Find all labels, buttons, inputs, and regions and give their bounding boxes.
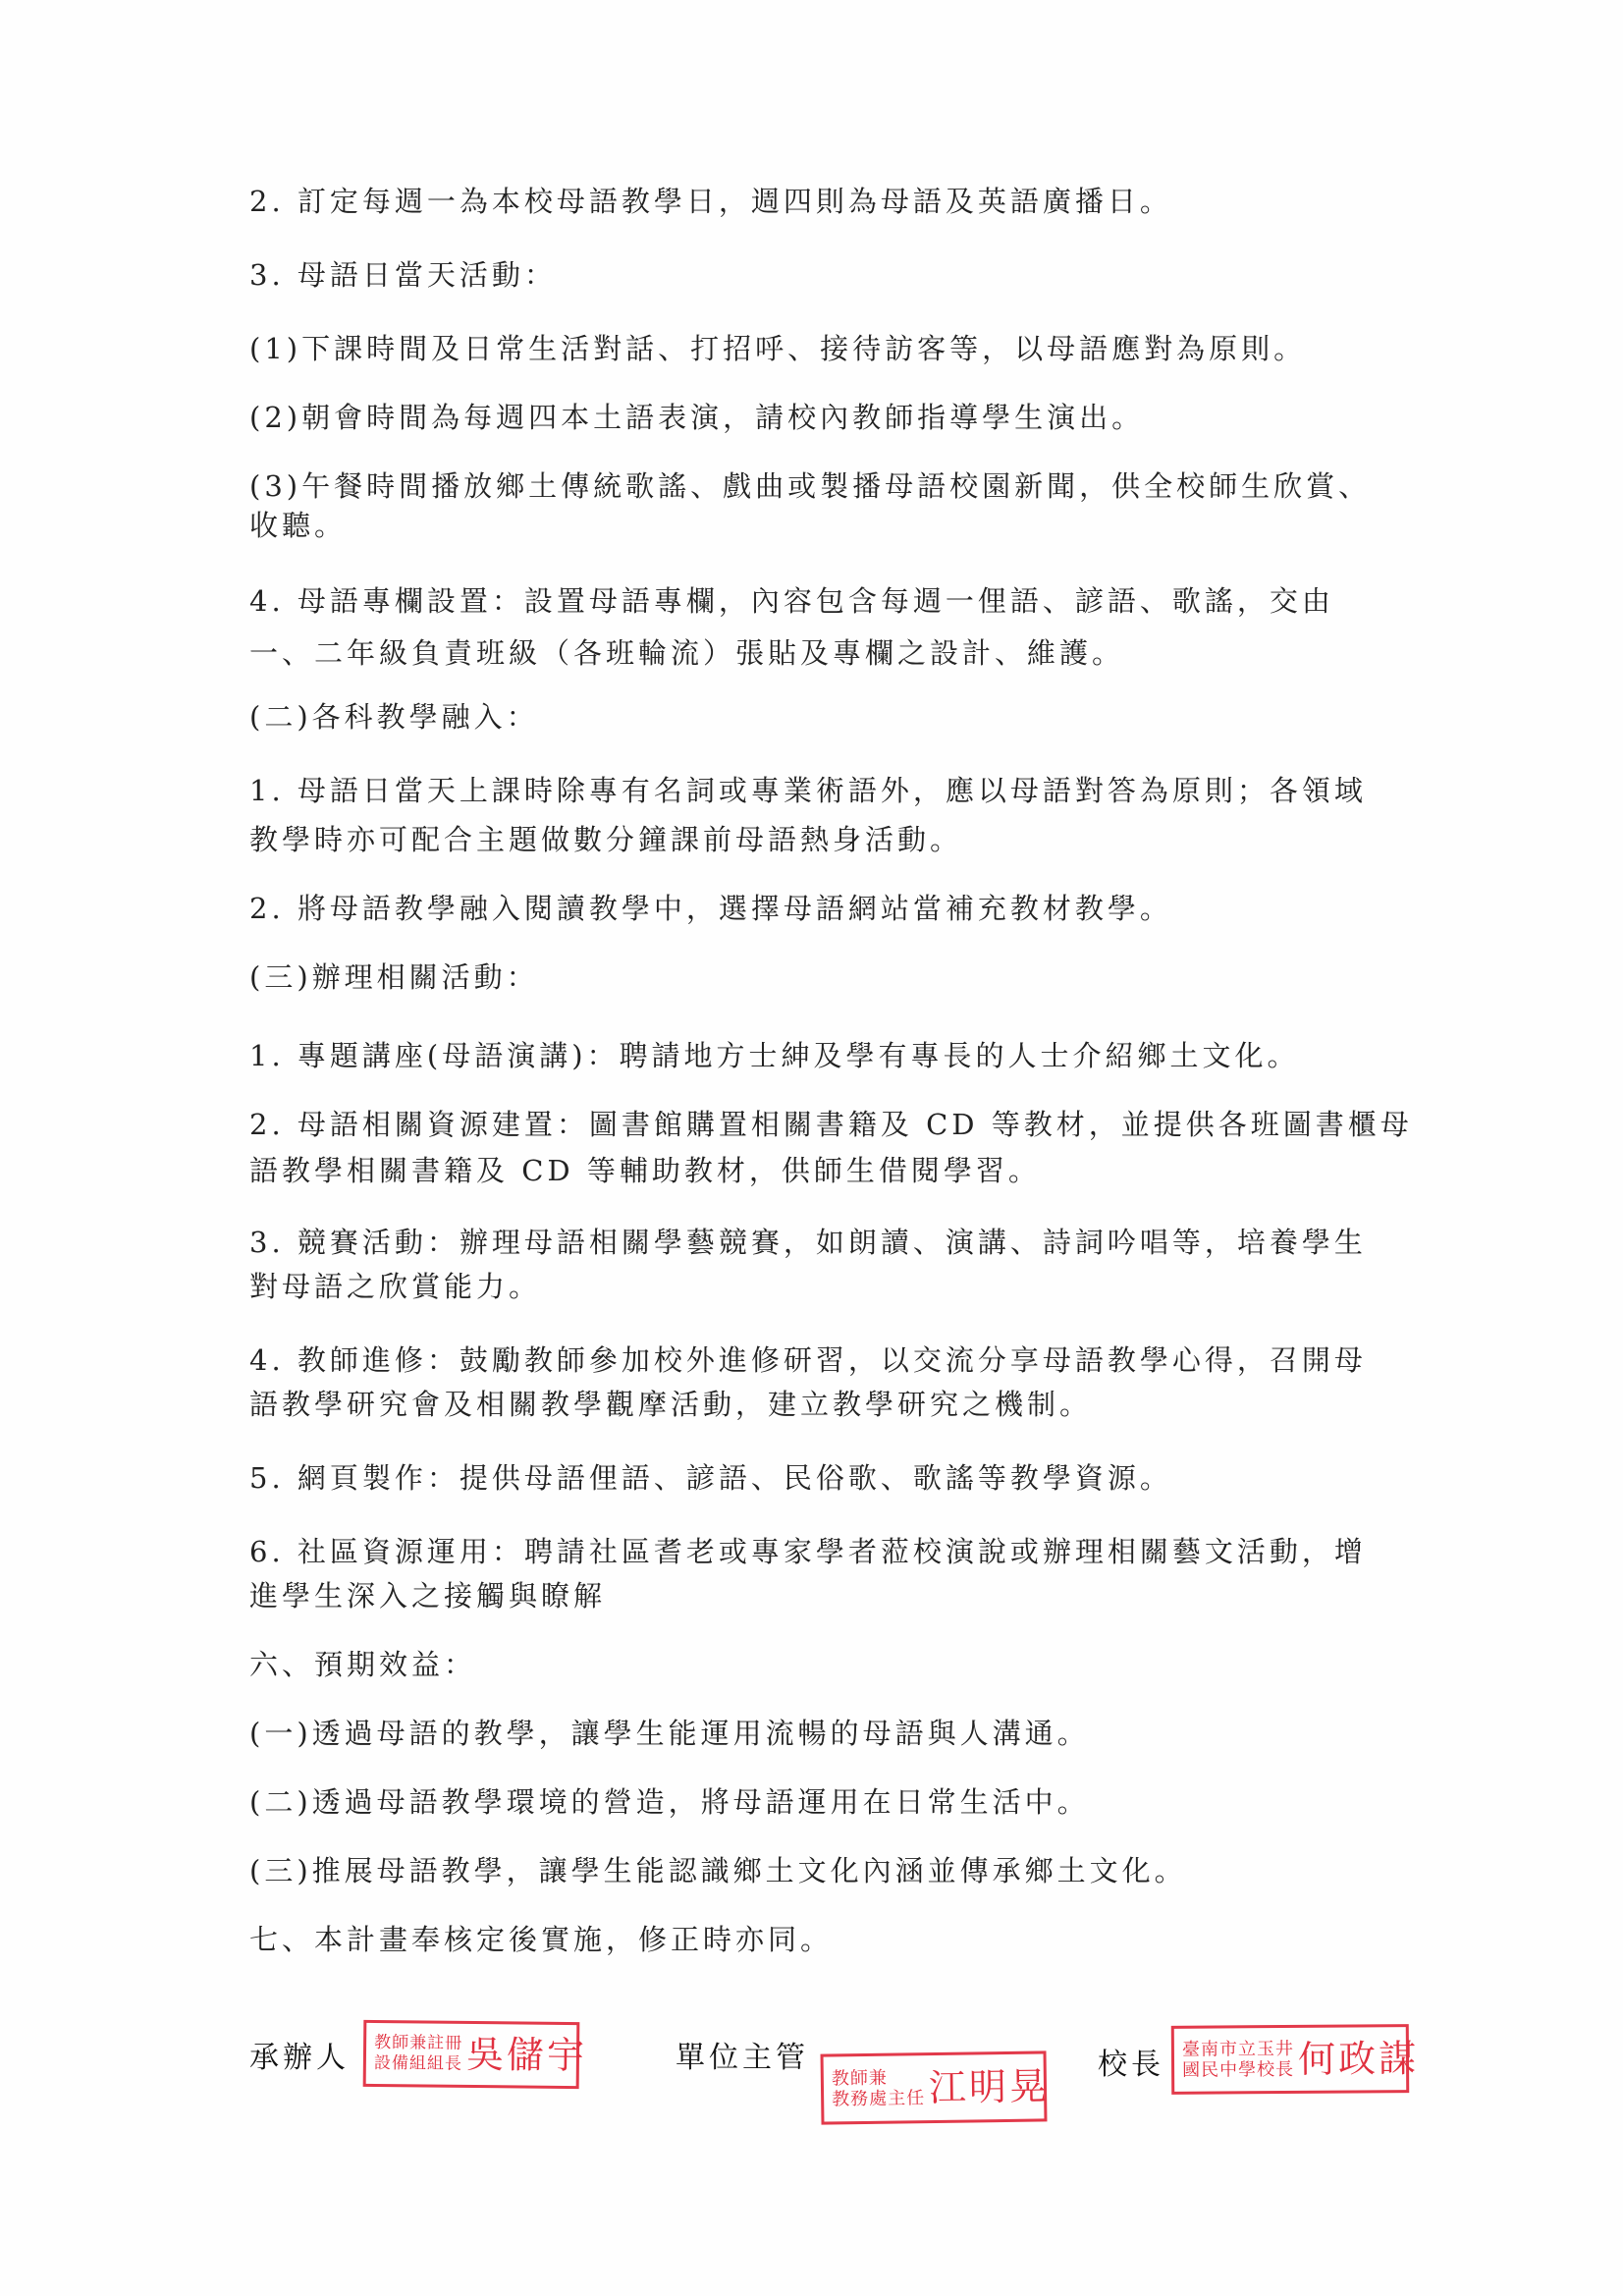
handler-stamp-title: 教師兼註冊 設備組組長 [374,2033,462,2075]
doc-line: 收聽。 [249,508,347,543]
doc-line: (二)透過母語教學環境的營造，將母語運用在日常生活中。 [249,1784,1090,1820]
supervisor-stamp-name: 江明晃 [929,2064,1051,2109]
section-heading: 六、預期效益： [249,1647,476,1682]
principal-stamp-line2: 國民中學校長 [1182,2059,1294,2081]
handler-label: 承辦人 [249,2041,350,2076]
doc-line: 2. 訂定每週一為本校母語教學日，週四則為母語及英語廣播日。 [249,184,1172,219]
doc-line: 6. 社區資源運用：聘請社區耆老或專家學者蒞校演說或辦理相關藝文活動，增 [249,1534,1367,1569]
doc-line: 對母語之欣賞能力。 [249,1269,541,1304]
doc-line: (三)推展母語教學，讓學生能認識鄉土文化內涵並傳承鄉土文化。 [249,1853,1187,1888]
doc-line: 5. 網頁製作：提供母語俚語、諺語、民俗歌、歌謠等教學資源。 [249,1460,1172,1496]
supervisor-stamp-line2: 教務處主任 [832,2088,925,2109]
principal-stamp: 臺南市立玉井 國民中學校長 何政謀 [1171,2024,1409,2095]
supervisor-stamp-title: 教師兼 教務處主任 [832,2067,926,2109]
principal-stamp-name: 何政謀 [1298,2037,1419,2081]
supervisor-label: 單位主管 [676,2041,809,2076]
supervisor-stamp: 教師兼 教務處主任 江明晃 [821,2050,1048,2124]
handler-stamp-line2: 設備組組長 [374,2053,462,2075]
section-heading: (二)各科教學融入： [249,699,539,735]
doc-line: (一)透過母語的教學，讓學生能運用流暢的母語與人溝通。 [249,1716,1090,1751]
doc-line: 進學生深入之接觸與瞭解 [249,1578,606,1613]
section-heading: 七、本計畫奉核定後實施，修正時亦同。 [249,1922,833,1957]
doc-line: 4. 母語專欄設置：設置母語專欄，內容包含每週一俚語、諺語、歌謠，交由 [249,583,1334,619]
doc-line: (1)下課時間及日常生活對話、打招呼、接待訪客等，以母語應對為原則。 [249,331,1306,366]
doc-line: 2. 將母語教學融入閱讀教學中，選擇母語網站當補充教材教學。 [249,891,1172,926]
doc-line: 1. 專題講座(母語演講)：聘請地方士紳及學有專長的人士介紹鄉土文化。 [249,1038,1300,1073]
handler-stamp-name: 吳儲宇 [466,2033,587,2077]
doc-line: 教學時亦可配合主題做數分鐘課前母語熱身活動。 [249,822,962,857]
principal-stamp-title: 臺南市立玉井 國民中學校長 [1182,2039,1294,2081]
principal-label: 校長 [1098,2048,1164,2083]
document-page: 2. 訂定每週一為本校母語教學日，週四則為母語及英語廣播日。 3. 母語日當天活… [0,0,1623,2296]
doc-line: 語教學相關書籍及 CD 等輔助教材，供師生借閱學習。 [249,1153,1041,1188]
doc-line: 3. 競賽活動：辦理母語相關學藝競賽，如朗讀、演講、詩詞吟唱等，培養學生 [249,1225,1367,1260]
doc-line: 一、二年級負責班級（各班輪流）張貼及專欄之設計、維護。 [249,635,1124,671]
supervisor-stamp-line1: 教師兼 [832,2067,925,2089]
doc-line: 語教學研究會及相關教學觀摩活動，建立教學研究之機制。 [249,1387,1092,1422]
doc-line: (2)朝會時間為每週四本土語表演，請校內教師指導學生演出。 [249,400,1144,435]
doc-line: 2. 母語相關資源建置：圖書館購置相關書籍及 CD 等教材，並提供各班圖書櫃母 [249,1107,1413,1142]
handler-stamp: 教師兼註冊 設備組組長 吳儲宇 [363,2020,580,2089]
doc-line: 3. 母語日當天活動： [249,257,557,293]
section-heading: (三)辦理相關活動： [249,959,539,995]
doc-line: 1. 母語日當天上課時除專有名詞或專業術語外，應以母語對答為原則；各領域 [249,773,1367,808]
doc-line: 4. 教師進修：鼓勵教師參加校外進修研習，以交流分享母語教學心得，召開母 [249,1342,1367,1378]
principal-stamp-line1: 臺南市立玉井 [1182,2039,1294,2060]
handler-stamp-line1: 教師兼註冊 [374,2033,462,2054]
doc-line: (3)午餐時間播放鄉土傳統歌謠、戲曲或製播母語校園新聞，供全校師生欣賞、 [249,468,1371,504]
